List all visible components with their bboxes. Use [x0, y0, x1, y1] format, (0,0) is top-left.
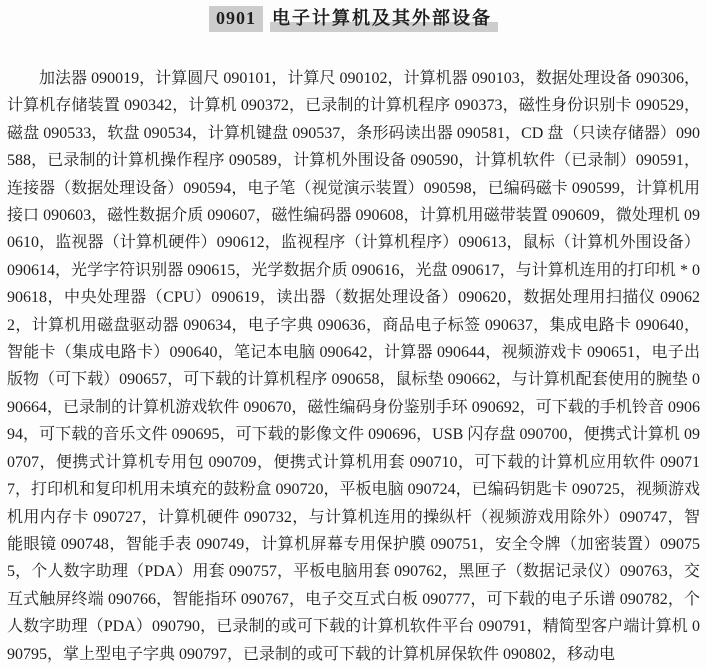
group-title: 电子计算机及其外部设备 [270, 6, 498, 32]
page: 0901 电子计算机及其外部设备 加法器 090019，计算圆尺 090101，… [0, 6, 707, 669]
group-heading: 0901 电子计算机及其外部设备 [0, 6, 707, 32]
group-code-badge: 0901 [209, 6, 263, 32]
goods-list-paragraph: 加法器 090019，计算圆尺 090101，计算尺 090102，计算机器 0… [0, 65, 707, 668]
